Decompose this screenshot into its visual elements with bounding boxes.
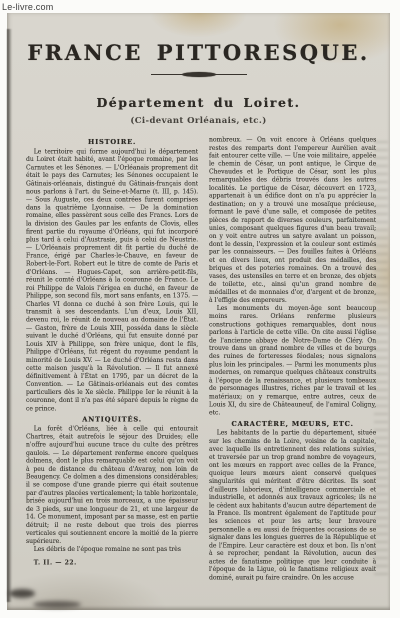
screenshot-root: { "watermark": "Le-livre.com", "page": {… (0, 0, 400, 618)
left-edge-shadow (7, 29, 12, 602)
corner-smudge (9, 589, 35, 598)
right-column-text: nombreux. — On voit encore à Orléans que… (209, 136, 376, 582)
watermark: Le-livre.com (2, 2, 53, 12)
caractere-paragraph: Les habitants de la partie du départemen… (209, 429, 376, 582)
page-scan: FRANCE PITTORESQUE. Département du Loire… (7, 13, 390, 610)
divider-ornament (182, 72, 216, 77)
moyen-age-paragraph: Les monuments du moyen-âge sont beaucoup… (209, 305, 376, 417)
volume-signature: T. II. — 22. (34, 559, 198, 567)
ornament-divider (151, 71, 247, 78)
page-title: FRANCE PITTORESQUE. (13, 40, 384, 65)
histoire-paragraph: Le territoire qui forme aujourd'hui le d… (26, 148, 198, 413)
department-title: Département du Loiret. (7, 95, 390, 110)
right-column: nombreux. — On voit encore à Orléans que… (209, 136, 376, 592)
antiquites-heading: ANTIQUITÉS. (26, 415, 198, 423)
left-column: HISTOIRE. Le territoire qui forme aujour… (26, 136, 198, 592)
antiquites-paragraph: La forêt d'Orléans, liée à celle qui ent… (26, 425, 198, 545)
antiquites-paragraph-2: Les débris de l'époque romaine ne sont p… (26, 545, 198, 553)
department-subtitle: (Ci-devant Orléanais, etc.) (7, 116, 390, 126)
histoire-heading: HISTOIRE. (26, 138, 198, 146)
text-columns: HISTOIRE. Le territoire qui forme aujour… (26, 136, 378, 592)
corner-smudge (33, 601, 81, 608)
ink-bleed-through (374, 141, 388, 581)
caractere-heading: CARACTÈRE, MŒURS, ETC. (209, 420, 376, 428)
left-column-text: HISTOIRE. Le territoire qui forme aujour… (26, 138, 198, 567)
antiquites-continuation-paragraph: nombreux. — On voit encore à Orléans que… (209, 136, 376, 305)
